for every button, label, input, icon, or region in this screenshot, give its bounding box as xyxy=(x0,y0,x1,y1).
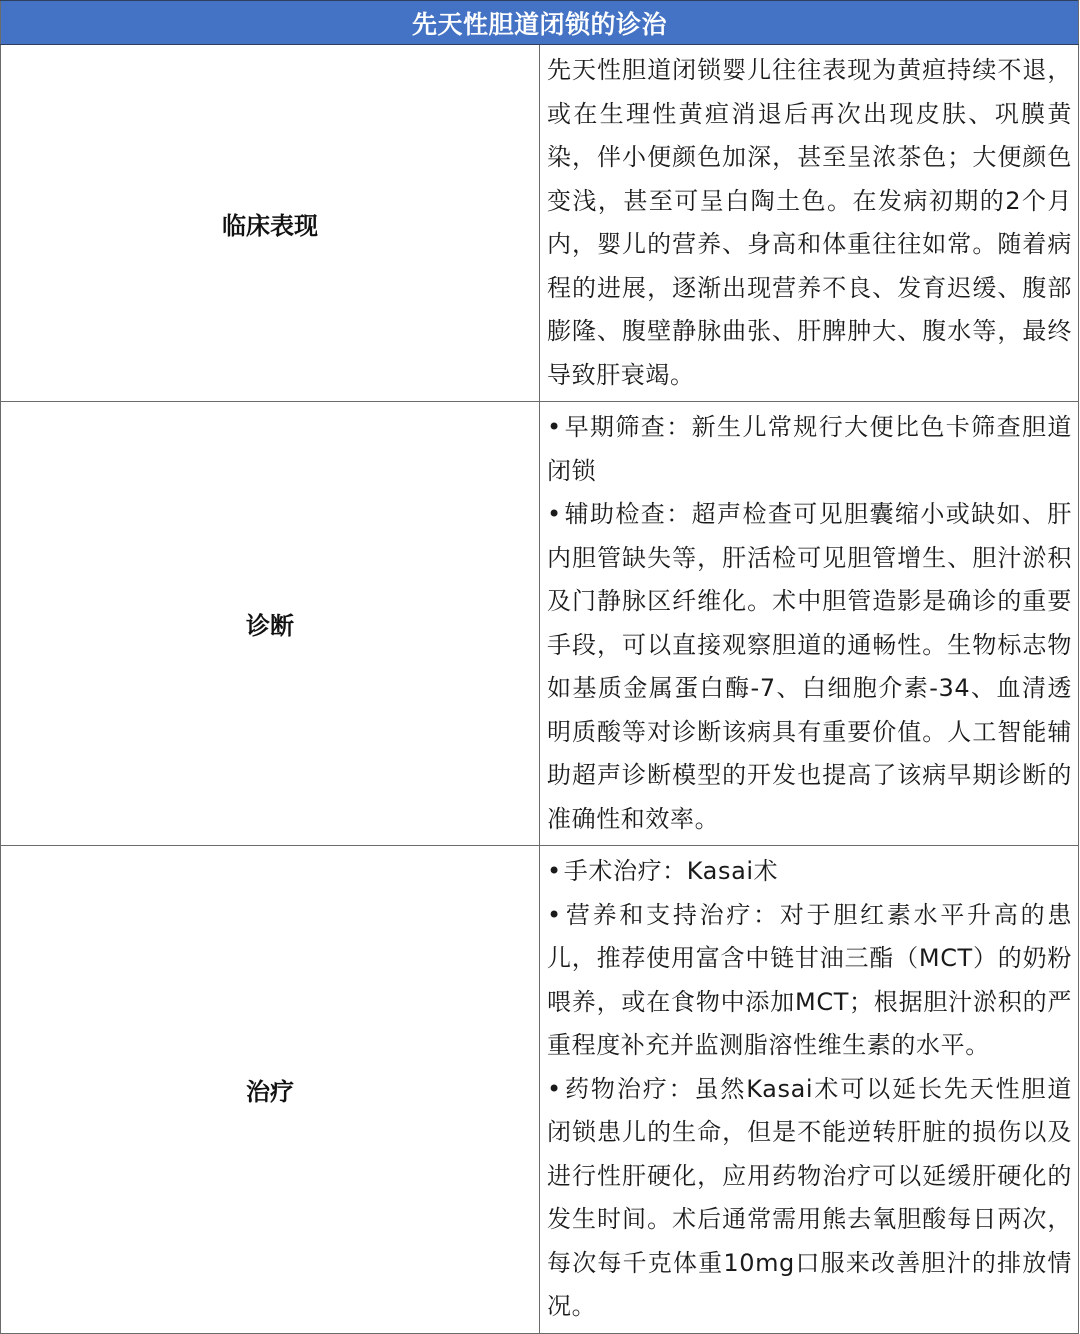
row-content-diagnosis: 早期筛查：新生儿常规行大便比色卡筛查胆道闭锁 辅助检查：超声检查可见胆囊缩小或缺… xyxy=(540,402,1079,846)
row-label-clinical: 临床表现 xyxy=(1,45,540,402)
row-label-treatment: 治疗 xyxy=(1,846,540,894)
diagnosis-treatment-table: 先天性胆道闭锁的诊治 临床表现 先天性胆道闭锁婴儿往往表现为黄疸持续不退，或在生… xyxy=(0,0,1079,893)
clinical-paragraph: 先天性胆道闭锁婴儿往往表现为黄疸持续不退，或在生理性黄疸消退后再次出现皮肤、巩膜… xyxy=(547,49,1072,397)
table-row-clinical: 临床表现 先天性胆道闭锁婴儿往往表现为黄疸持续不退，或在生理性黄疸消退后再次出现… xyxy=(1,45,1079,402)
treatment-item-surgery: 手术治疗：Kasai术 xyxy=(547,850,1072,893)
row-content-treatment: 手术治疗：Kasai术 营养和支持治疗：对于胆红素水平升高的患儿，推荐使用富含中… xyxy=(540,846,1079,894)
title-row: 先天性胆道闭锁的诊治 xyxy=(1,1,1079,45)
table-row-treatment: 治疗 手术治疗：Kasai术 营养和支持治疗：对于胆红素水平升高的患儿，推荐使用… xyxy=(1,846,1079,894)
row-label-diagnosis: 诊断 xyxy=(1,402,540,846)
diagnosis-item-screening: 早期筛查：新生儿常规行大便比色卡筛查胆道闭锁 xyxy=(547,406,1072,493)
diagnosis-item-auxiliary-exam: 辅助检查：超声检查可见胆囊缩小或缺如、肝内胆管缺失等，肝活检可见胆管增生、胆汁淤… xyxy=(547,493,1072,841)
row-content-clinical: 先天性胆道闭锁婴儿往往表现为黄疸持续不退，或在生理性黄疸消退后再次出现皮肤、巩膜… xyxy=(540,45,1079,402)
table-row-diagnosis: 诊断 早期筛查：新生儿常规行大便比色卡筛查胆道闭锁 辅助检查：超声检查可见胆囊缩… xyxy=(1,402,1079,846)
table-title: 先天性胆道闭锁的诊治 xyxy=(1,1,1079,45)
